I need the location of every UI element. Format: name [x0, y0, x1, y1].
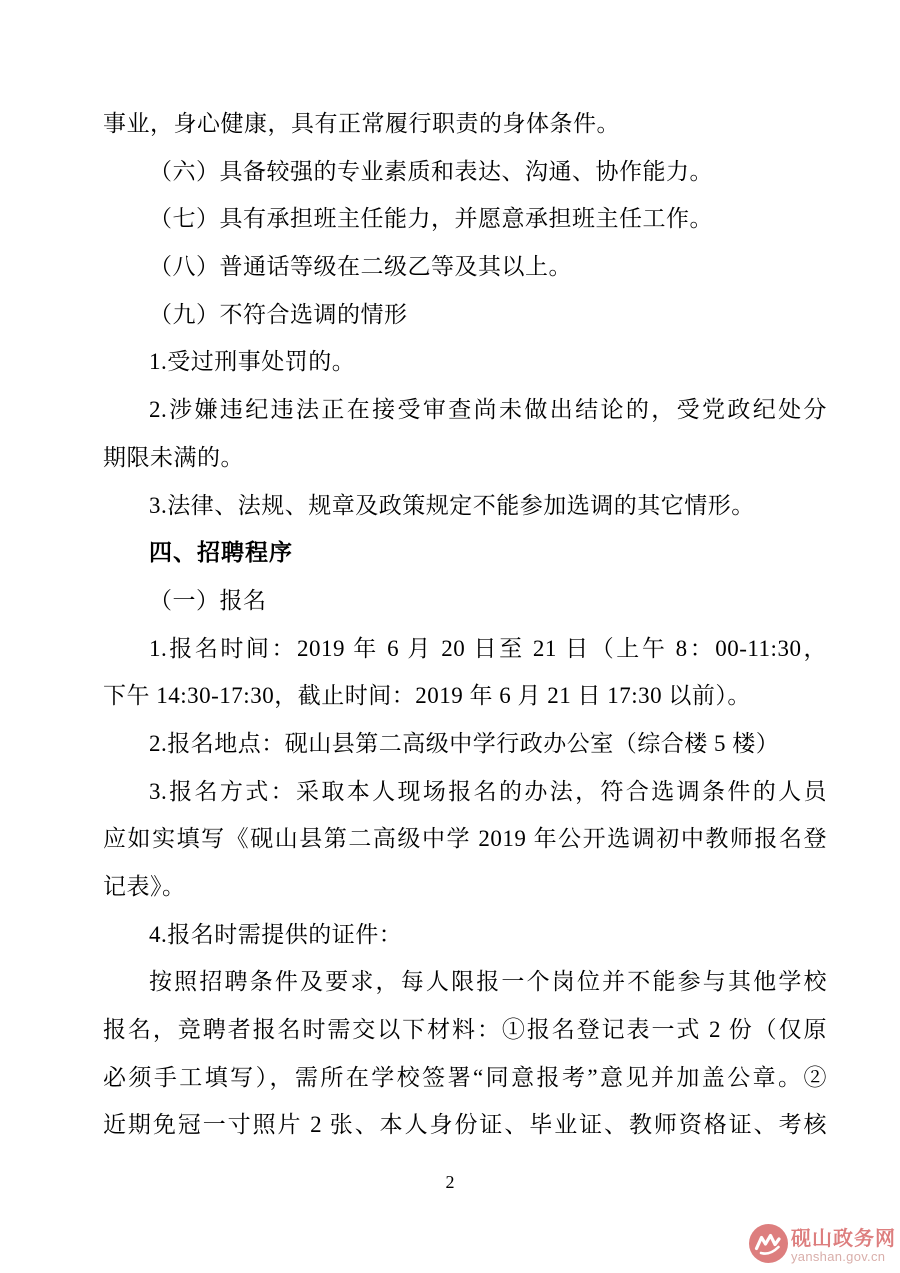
doc-line-time: 1.报名时间：2019 年 6 月 20 日至 21 日（上午 8：00-11:…: [103, 625, 827, 673]
document-page: { "doc": { "lines": [ "事业，身心健康，具有正常履行职责的…: [0, 0, 900, 1273]
doc-line-materials: 按照招聘条件及要求，每人限报一个岗位并不能参与其他学校: [103, 958, 827, 1006]
doc-line: 事业，身心健康，具有正常履行职责的身体条件。: [103, 100, 827, 148]
doc-line-sub-1: 1.受过刑事处罚的。: [103, 338, 827, 386]
doc-line-time-cont: 下午 14:30-17:30，截止时间：2019 年 6 月 21 日 17:3…: [103, 672, 827, 720]
doc-line-sub-3: 3.法律、法规、规章及政策规定不能参加选调的其它情形。: [103, 482, 827, 530]
subsection-heading-baoming: （一）报名: [103, 577, 827, 625]
doc-line-location: 2.报名地点：砚山县第二高级中学行政办公室（综合楼 5 楼）: [103, 720, 827, 768]
doc-line-materials-cont2: 必须手工填写），需所在学校签署“同意报考”意见并加盖公章。②: [103, 1054, 827, 1102]
doc-line-item-9: （九）不符合选调的情形: [103, 291, 827, 339]
doc-line-materials-cont3: 近期免冠一寸照片 2 张、本人身份证、毕业证、教师资格证、考核: [103, 1101, 827, 1149]
page-number: 2: [0, 1170, 900, 1194]
doc-line-sub-2: 2.涉嫌违纪违法正在接受审查尚未做出结论的，受党政纪处分: [103, 386, 827, 434]
doc-line-item-7: （七）具有承担班主任能力，并愿意承担班主任工作。: [103, 195, 827, 243]
site-domain: yanshan.gov.cn: [791, 1250, 896, 1264]
site-name: 砚山政务网: [791, 1228, 896, 1250]
site-watermark: 砚山政务网 yanshan.gov.cn: [749, 1224, 896, 1268]
doc-line-item-8: （八）普通话等级在二级乙等及其以上。: [103, 243, 827, 291]
doc-line-documents: 4.报名时需提供的证件：: [103, 911, 827, 959]
doc-line: 期限未满的。: [103, 434, 827, 482]
doc-line-item-6: （六）具备较强的专业素质和表达、沟通、协作能力。: [103, 148, 827, 196]
document-body: 事业，身心健康，具有正常履行职责的身体条件。 （六）具备较强的专业素质和表达、沟…: [103, 100, 827, 1149]
doc-line-method-end: 记表》。: [103, 863, 827, 911]
doc-line-method-cont: 应如实填写《砚山县第二高级中学 2019 年公开选调初中教师报名登: [103, 815, 827, 863]
doc-line-materials-cont1: 报名，竞聘者报名时需交以下材料：①报名登记表一式 2 份（仅原件，: [103, 1006, 827, 1054]
mountain-logo-icon: [749, 1224, 788, 1268]
section-heading-recruitment-procedure: 四、招聘程序: [103, 529, 827, 577]
doc-line-method: 3.报名方式：采取本人现场报名的办法，符合选调条件的人员: [103, 768, 827, 816]
